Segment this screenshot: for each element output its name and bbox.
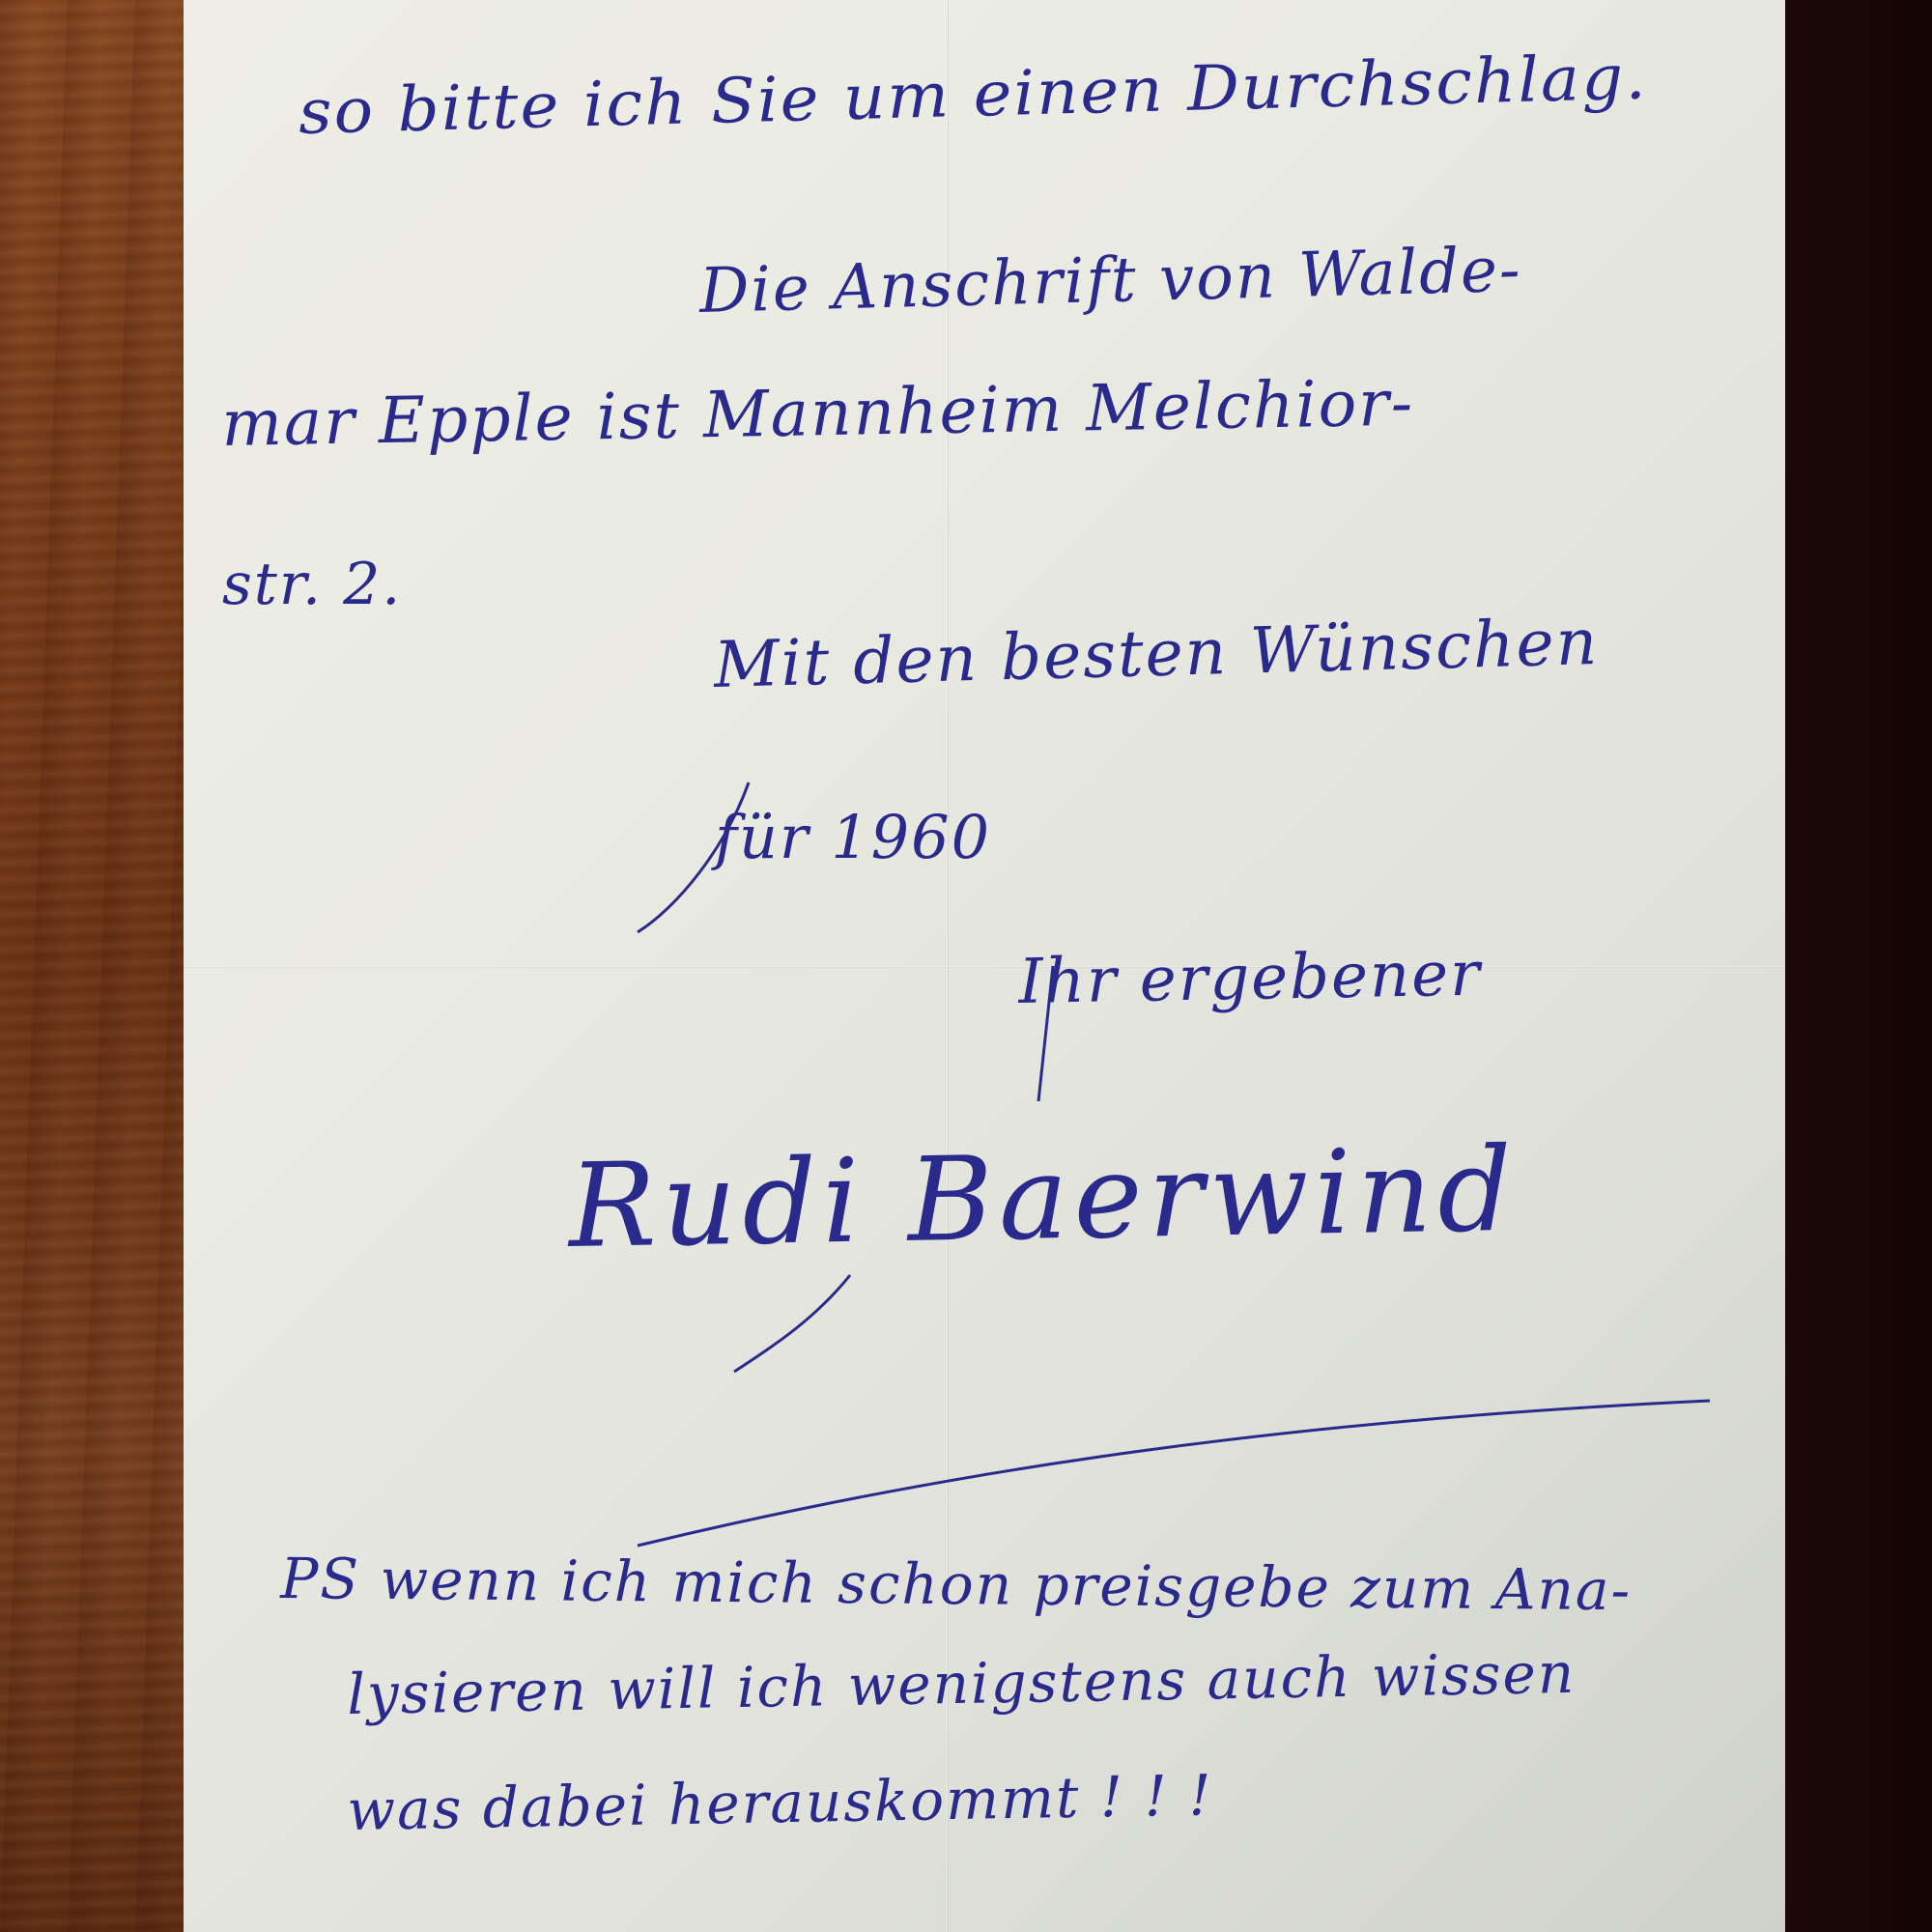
letter-paper: so bitte ich Sie um einen Durchschlag. D… [184, 0, 1785, 1932]
closing-year: für 1960 [715, 802, 991, 872]
dark-background-edge [1785, 0, 1932, 1932]
letter-body-line-1: so bitte ich Sie um einen Durchschlag. [298, 42, 1648, 149]
wooden-table-background [0, 0, 184, 1932]
closing-valediction: Ihr ergebener [1018, 939, 1482, 1018]
letter-body-line-3: mar Epple ist Mannheim Melchior- [221, 365, 1415, 461]
signature: Rudi Baerwind [568, 1123, 1520, 1274]
postscript-line-1: PS wenn ich mich schon preisgebe zum Ana… [280, 1546, 1632, 1623]
letter-body-line-2: Die Anschrift von Walde- [698, 235, 1522, 327]
postscript-line-2: lysieren will ich wenigstens auch wissen [347, 1640, 1577, 1727]
letter-body-line-4: str. 2. [222, 551, 402, 618]
closing-wishes: Mit den besten Wünschen [713, 605, 1600, 702]
horizontal-fold-crease [184, 966, 1785, 968]
postscript-line-3: was dabei herauskommt ! ! ! [347, 1762, 1213, 1843]
